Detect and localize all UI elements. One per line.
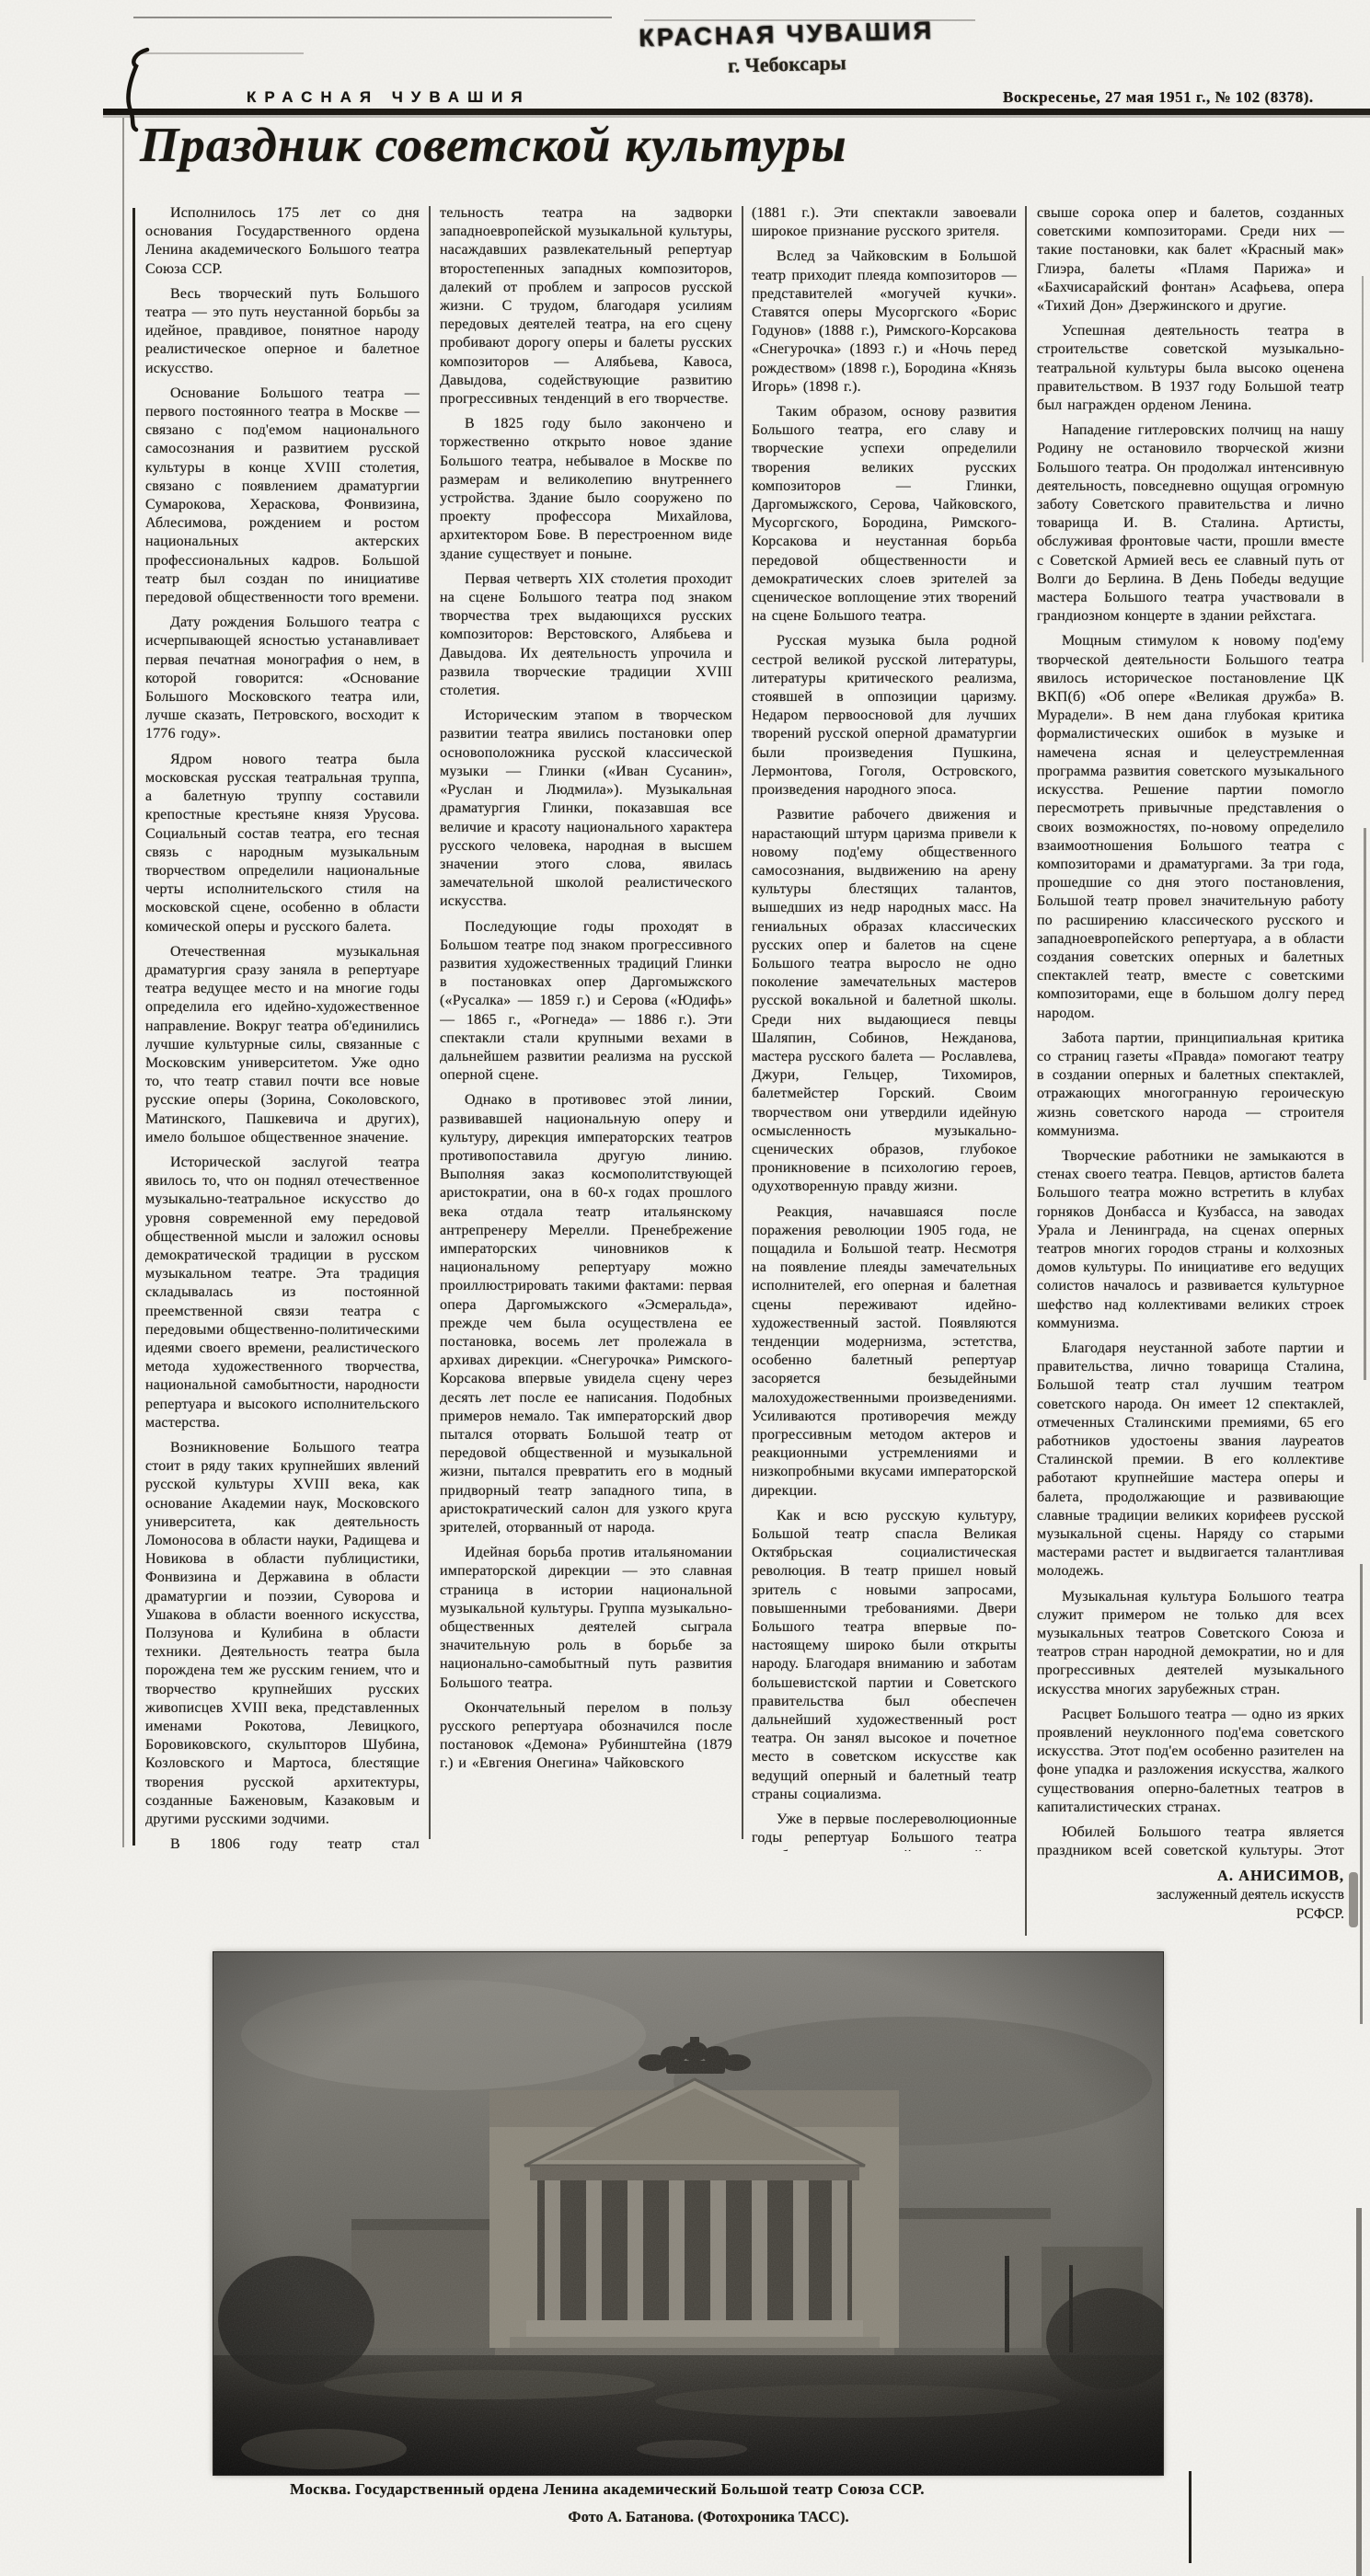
bolshoi-theatre-photo-image xyxy=(213,1952,1163,2475)
article-paragraph: Вслед за Чайковским в Большой театр прих… xyxy=(752,247,1017,397)
page-edge-artifact xyxy=(1349,1872,1358,1927)
page-edge-artifact xyxy=(1356,2208,1362,2576)
masthead-stamp: КРАСНАЯ ЧУВАШИЯ г. Чебоксары xyxy=(634,17,938,81)
newspaper-name: КРАСНАЯ ЧУВАШИЯ xyxy=(247,88,531,107)
page-left-rule xyxy=(122,118,124,1847)
article-paragraph: тельность театра на задворки западноевро… xyxy=(440,204,732,408)
photo-credit: Фото А. Батанова. (Фотохроника ТАСС). xyxy=(386,2508,1030,2526)
column-divider xyxy=(429,206,431,1839)
author-role: заслуженный деятель искусств xyxy=(1037,1885,1344,1904)
article-paragraph: В 1825 году было закончено и торжественн… xyxy=(440,415,732,564)
issue-date-line: Воскресенье, 27 мая 1951 г., № 102 (8378… xyxy=(1003,88,1353,107)
article-paragraph: Первая четверть XIX столетия проходит на… xyxy=(440,570,732,700)
article-paragraph: Творческие работники не замыкаются в сте… xyxy=(1037,1147,1344,1333)
article-paragraph: Окончательный перелом в пользу русского … xyxy=(440,1699,732,1774)
article-paragraph: (1881 г.). Эти спектакли завоевали широк… xyxy=(752,204,1017,241)
article-paragraph: Развитие рабочего движения и нарастающий… xyxy=(752,806,1017,1196)
page-edge-artifact xyxy=(1360,1564,1363,2024)
article-paragraph: В 1806 году театр стал государственным —… xyxy=(145,1835,420,1851)
article-paragraph: Уже в первые послереволюционные годы реп… xyxy=(752,1811,1017,1851)
article-paragraph: Таким образом, основу развития Большого … xyxy=(752,403,1017,626)
page-left-rule xyxy=(132,208,135,1846)
photo-caption: Москва. Государственный ордена Ленина ак… xyxy=(207,2480,1007,2499)
article-paragraph: Однако в противовес этой линии, развивав… xyxy=(440,1091,732,1537)
article-paragraph: Отечественная музыкальная драматургия ср… xyxy=(145,943,420,1147)
author-signature: А. АНИСИМОВ, заслуженный деятель искусст… xyxy=(1037,1866,1344,1924)
newspaper-page: { "masthead": { "stamp_line1": "КРАСНАЯ … xyxy=(0,0,1370,2576)
author-name: А. АНИСИМОВ, xyxy=(1037,1866,1344,1885)
article-paragraph: Расцвет Большого театра — одно из ярких … xyxy=(1037,1706,1344,1817)
article-paragraph: Историческим этапом в творческом развити… xyxy=(440,707,732,911)
article-paragraph: Благодаря неустанной заботе партии и пра… xyxy=(1037,1340,1344,1581)
page-edge-artifact xyxy=(1364,828,1366,1380)
article-paragraph: Исторической заслугой театра явилось то,… xyxy=(145,1154,420,1432)
masthead-rule xyxy=(103,109,1370,115)
article-paragraph: Возникновение Большого театра стоит в ря… xyxy=(145,1439,420,1829)
article-paragraph: Как и всю русскую культуру, Большой теат… xyxy=(752,1507,1017,1804)
article-paragraph: Юбилей Большого театра является праздник… xyxy=(1037,1823,1344,1860)
column-divider xyxy=(1025,206,1027,1936)
article-paragraph: Основание Большого театра — первого пост… xyxy=(145,385,420,607)
masthead-stamp-city: г. Чебоксары xyxy=(635,49,939,81)
article-title: Праздник советской культуры xyxy=(140,118,746,173)
article-paragraph: Весь творческий путь Большого театра — э… xyxy=(145,285,420,378)
article-column-4: свыше сорока опер и балетов, созданных с… xyxy=(1037,204,1344,1860)
bolshoi-theatre-photo xyxy=(213,1952,1163,2475)
article-paragraph: Ядром нового театра была московская русс… xyxy=(145,751,420,937)
article-paragraph: Музыкальная культура Большого театра слу… xyxy=(1037,1588,1344,1699)
article-column-2: тельность театра на задворки западноевро… xyxy=(440,204,732,1851)
article-paragraph: Забота партии, принципиальная критика со… xyxy=(1037,1029,1344,1141)
article-paragraph: Русская музыка была родной сестрой велик… xyxy=(752,632,1017,799)
article-paragraph: Исполнилось 175 лет со дня основания Гос… xyxy=(145,204,420,279)
article-paragraph: Дату рождения Большого театра с исчерпыв… xyxy=(145,614,420,743)
author-role: РСФСР. xyxy=(1037,1904,1344,1924)
caption-side-rule xyxy=(1189,2471,1192,2563)
page-edge-artifact xyxy=(1362,276,1364,662)
article-paragraph: Идейная борьба против итальяномании импе… xyxy=(440,1544,732,1693)
article-paragraph: Последующие годы проходят в Большом теат… xyxy=(440,918,732,1086)
article-column-1: Исполнилось 175 лет со дня основания Гос… xyxy=(145,204,420,1851)
article-paragraph: Реакция, начавшаяся после поражения рево… xyxy=(752,1203,1017,1501)
article-paragraph: свыше сорока опер и балетов, созданных с… xyxy=(1037,204,1344,316)
column-divider xyxy=(742,206,743,1839)
article-paragraph: Нападение гитлеровских полчищ на нашу Ро… xyxy=(1037,421,1344,626)
article-column-3: (1881 г.). Эти спектакли завоевали широк… xyxy=(752,204,1017,1851)
article-paragraph: Мощным стимулом к новому под'ему творчес… xyxy=(1037,632,1344,1022)
masthead-stamp-title: КРАСНАЯ ЧУВАШИЯ xyxy=(634,17,938,53)
scan-line-artifact xyxy=(133,17,612,18)
article-paragraph: Успешная деятельность театра в строитель… xyxy=(1037,322,1344,415)
